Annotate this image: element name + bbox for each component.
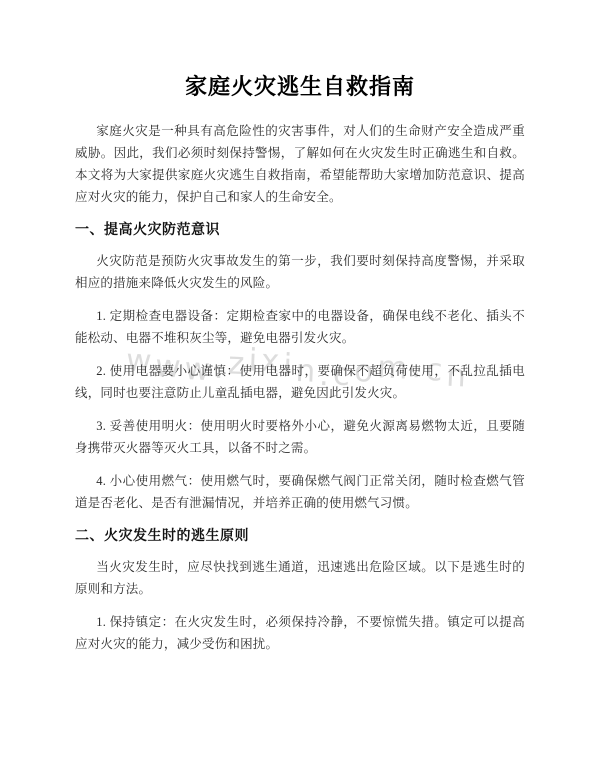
section-heading-escape-principles: 二、火灾发生时的逃生原则 — [75, 525, 525, 545]
intro-paragraph: 家庭火灾是一种具有高危险性的灾害事件，对人们的生命财产安全造成严重威胁。因此，我… — [75, 120, 525, 208]
paragraph-stay-calm: 1. 保持镇定：在火灾发生时，必须保持冷静，不要惊慌失措。镇定可以提高应对火灾的… — [75, 611, 525, 655]
paragraph-check-appliances: 1. 定期检查电器设备：定期检查家中的电器设备，确保电线不老化、插头不能松动、电… — [75, 305, 525, 349]
paragraph-gas-safety: 4. 小心使用燃气：使用燃气时，要确保燃气阀门正常关闭，随时检查燃气管道是否老化… — [75, 470, 525, 514]
section-heading-fire-prevention: 一、提高火灾防范意识 — [75, 219, 525, 239]
paragraph-escape-intro: 当火灾发生时，应尽快找到逃生通道，迅速逃出危险区域。以下是逃生时的原则和方法。 — [75, 556, 525, 600]
document-title: 家庭火灾逃生自救指南 — [75, 72, 525, 102]
paragraph-prevention-intro: 火灾防范是预防火灾事故发生的第一步，我们要时刻保持高度警惕，并采取相应的措施来降… — [75, 250, 525, 294]
paragraph-use-appliances-carefully: 2. 使用电器要小心谨慎：使用电器时，要确保不超负荷使用，不乱拉乱插电线，同时也… — [75, 360, 525, 404]
document-content: 家庭火灾逃生自救指南 家庭火灾是一种具有高危险性的灾害事件，对人们的生命财产安全… — [75, 72, 525, 666]
document-page: www.zixin.com.cn 家庭火灾逃生自救指南 家庭火灾是一种具有高危险… — [0, 0, 600, 776]
paragraph-open-flame: 3. 妥善使用明火：使用明火时要格外小心，避免火源离易燃物太近，且要随身携带灭火… — [75, 415, 525, 459]
